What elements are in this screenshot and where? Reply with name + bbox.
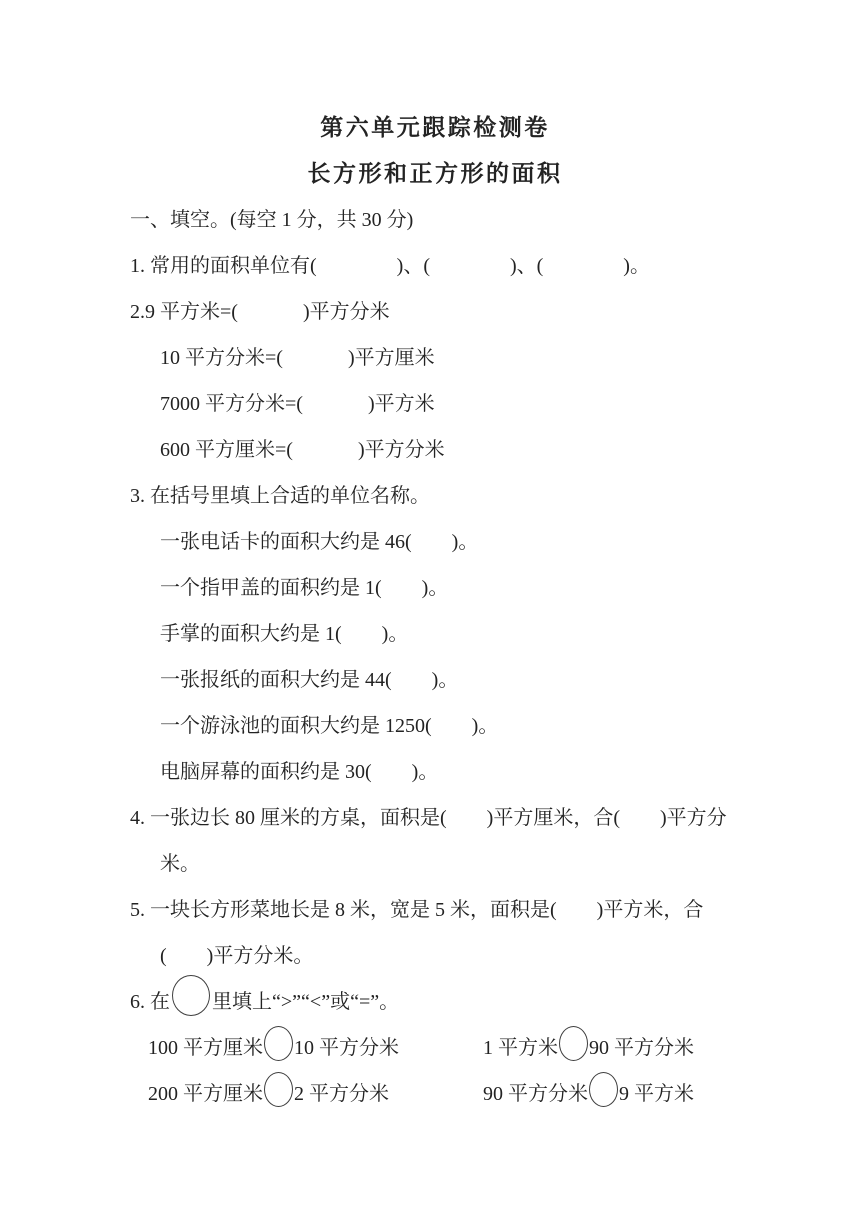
comparison-pair: 200 平方厘米2 平方分米 — [148, 1071, 478, 1117]
question-1: 1. 常用的面积单位有( )、( )、( )。 — [130, 243, 740, 289]
answer-circle-blank — [172, 975, 210, 1016]
question-2-line: 7000 平方分米=( )平方米 — [160, 381, 740, 427]
question-3-item: 电脑屏幕的面积约是 30( )。 — [160, 749, 740, 795]
comparison-row: 200 平方厘米2 平方分米 90 平方分米9 平方米 — [148, 1071, 740, 1117]
question-2-line: 10 平方分米=( )平方厘米 — [160, 335, 740, 381]
paper-header: 第六单元跟踪检测卷 长方形和正方形的面积 — [130, 105, 740, 197]
question-4-line-1: 4. 一张边长 80 厘米的方桌，面积是( )平方厘米，合( )平方分 — [130, 795, 740, 841]
comparison-circle-blank — [264, 1026, 293, 1061]
question-3-intro: 3. 在括号里填上合适的单位名称。 — [130, 473, 740, 519]
paper-subtitle: 长方形和正方形的面积 — [130, 151, 740, 197]
question-2-line: 2.9 平方米=( )平方分米 — [130, 289, 740, 335]
comparison-right-value: 90 平方分米 — [589, 1037, 694, 1059]
question-3-item: 一个指甲盖的面积约是 1( )。 — [160, 565, 740, 611]
question-3-item: 手掌的面积大约是 1( )。 — [160, 611, 740, 657]
comparison-pair: 1 平方米90 平方分米 — [483, 1025, 694, 1071]
test-paper-page: 第六单元跟踪检测卷 长方形和正方形的面积 一、填空。(每空 1 分，共 30 分… — [0, 0, 868, 1227]
question-3-item: 一张报纸的面积大约是 44( )。 — [160, 657, 740, 703]
question-3-item: 一张电话卡的面积大约是 46( )。 — [160, 519, 740, 565]
comparison-pair: 90 平方分米9 平方米 — [483, 1071, 694, 1117]
question-6-intro-after: 里填上“>”“<”或“=”。 — [212, 991, 399, 1013]
comparison-right-value: 9 平方米 — [619, 1083, 694, 1105]
comparison-circle-blank — [589, 1072, 618, 1107]
question-4-line-2: 米。 — [160, 841, 740, 887]
comparison-pair: 100 平方厘米10 平方分米 — [148, 1025, 478, 1071]
paper-title: 第六单元跟踪检测卷 — [130, 105, 740, 151]
question-6-intro-before: 6. 在 — [130, 991, 170, 1013]
comparison-circle-blank — [264, 1072, 293, 1107]
comparison-left-value: 1 平方米 — [483, 1037, 558, 1059]
question-2-line: 600 平方厘米=( )平方分米 — [160, 427, 740, 473]
comparison-left-value: 100 平方厘米 — [148, 1037, 263, 1059]
comparison-right-value: 2 平方分米 — [294, 1083, 389, 1105]
question-5-line-2: ( )平方分米。 — [160, 933, 740, 979]
section-1-heading: 一、填空。(每空 1 分，共 30 分) — [130, 197, 740, 243]
comparison-row: 100 平方厘米10 平方分米 1 平方米90 平方分米 — [148, 1025, 740, 1071]
question-6-intro: 6. 在里填上“>”“<”或“=”。 — [130, 979, 740, 1025]
comparison-right-value: 10 平方分米 — [294, 1037, 399, 1059]
question-5-line-1: 5. 一块长方形菜地长是 8 米，宽是 5 米，面积是( )平方米，合 — [130, 887, 740, 933]
question-3-item: 一个游泳池的面积大约是 1250( )。 — [160, 703, 740, 749]
comparison-left-value: 200 平方厘米 — [148, 1083, 263, 1105]
comparison-circle-blank — [559, 1026, 588, 1061]
comparison-left-value: 90 平方分米 — [483, 1083, 588, 1105]
